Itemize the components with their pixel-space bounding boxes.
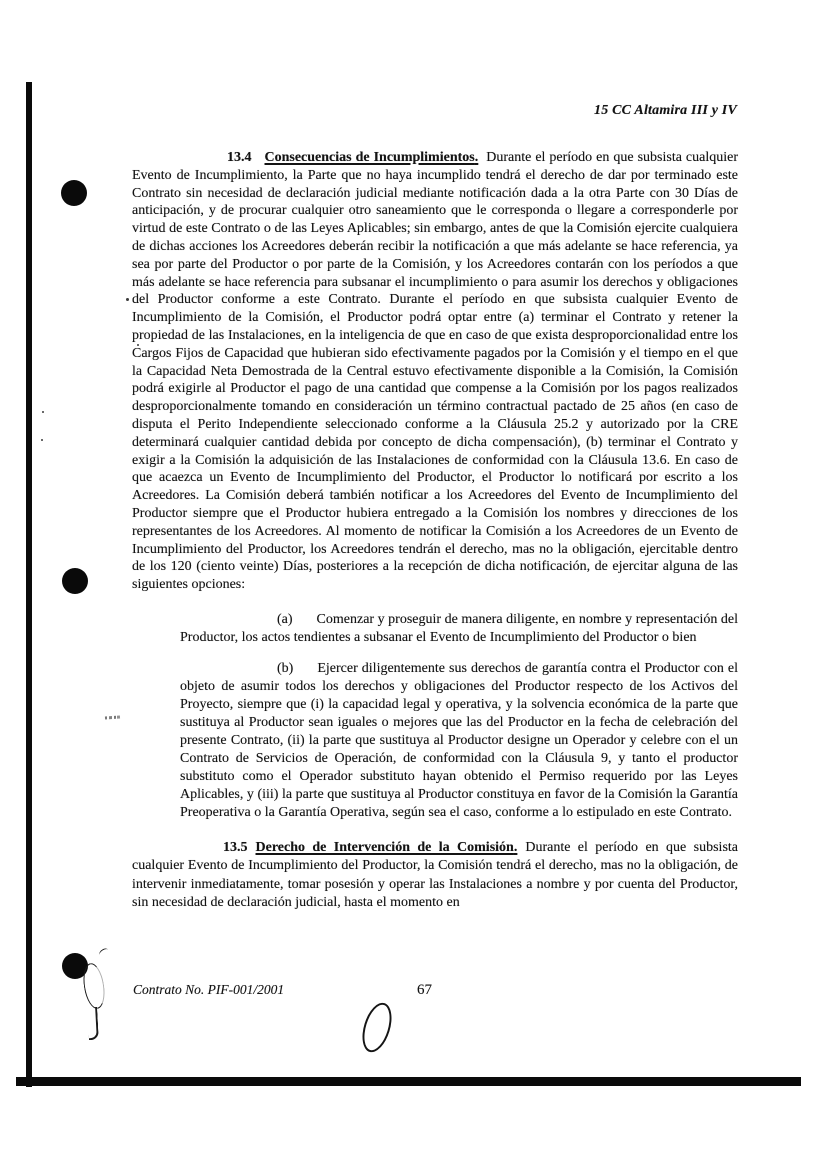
scan-speck <box>42 411 44 413</box>
section-13-5-paragraph: 13.5Derecho de Intervención de la Comisi… <box>132 839 738 913</box>
scan-smudge <box>105 715 120 719</box>
hole-punch-mark-middle <box>62 568 88 594</box>
footer-page-number: 67 <box>417 982 432 999</box>
pen-vertical-stroke-left-margin <box>87 1007 99 1040</box>
section-13-5-number: 13.5 <box>223 840 248 855</box>
section-13-4-title-period: . <box>475 150 479 165</box>
list-item-b-label: (b) <box>277 661 293 676</box>
list-item-b: (b)Ejercer diligentemente sus derechos d… <box>180 660 738 822</box>
photocopy-edge-bar-bottom <box>16 1077 801 1086</box>
section-13-4-title: Consecuencias de Incumplimientos <box>265 150 475 165</box>
photocopy-edge-bar-left <box>26 82 32 1087</box>
scan-speck <box>41 439 43 441</box>
pen-oval-doodle-below-page-number <box>357 999 397 1055</box>
pen-tick-mark <box>98 947 110 958</box>
footer-contract-number: Contrato No. PIF-001/2001 <box>133 982 284 998</box>
scanned-contract-page: 15 CC Altamira III y IV 13.4Consecuencia… <box>0 0 828 1169</box>
page-header-reference: 15 CC Altamira III y IV <box>594 103 737 119</box>
section-13-4-paragraph: 13.4Consecuencias de Incumplimientos.Dur… <box>132 149 738 594</box>
document-body: 13.4Consecuencias de Incumplimientos.Dur… <box>132 149 738 913</box>
pen-oval-doodle-left-margin <box>81 962 108 1011</box>
section-13-4-number: 13.4 <box>227 150 252 165</box>
scan-speck <box>126 298 129 301</box>
list-item-a: (a)Comenzar y proseguir de manera dilige… <box>180 611 738 647</box>
section-13-5-title-period: . <box>514 840 518 855</box>
list-item-a-label: (a) <box>277 612 293 627</box>
section-13-4-body-text: Durante el período en que subsista cualq… <box>132 150 738 592</box>
section-13-5-title: Derecho de Intervención de la Comisión <box>256 840 514 855</box>
list-item-b-text: Ejercer diligentemente sus derechos de g… <box>180 661 738 820</box>
hole-punch-mark-top <box>61 180 87 206</box>
list-item-a-text: Comenzar y proseguir de manera diligente… <box>180 612 738 645</box>
